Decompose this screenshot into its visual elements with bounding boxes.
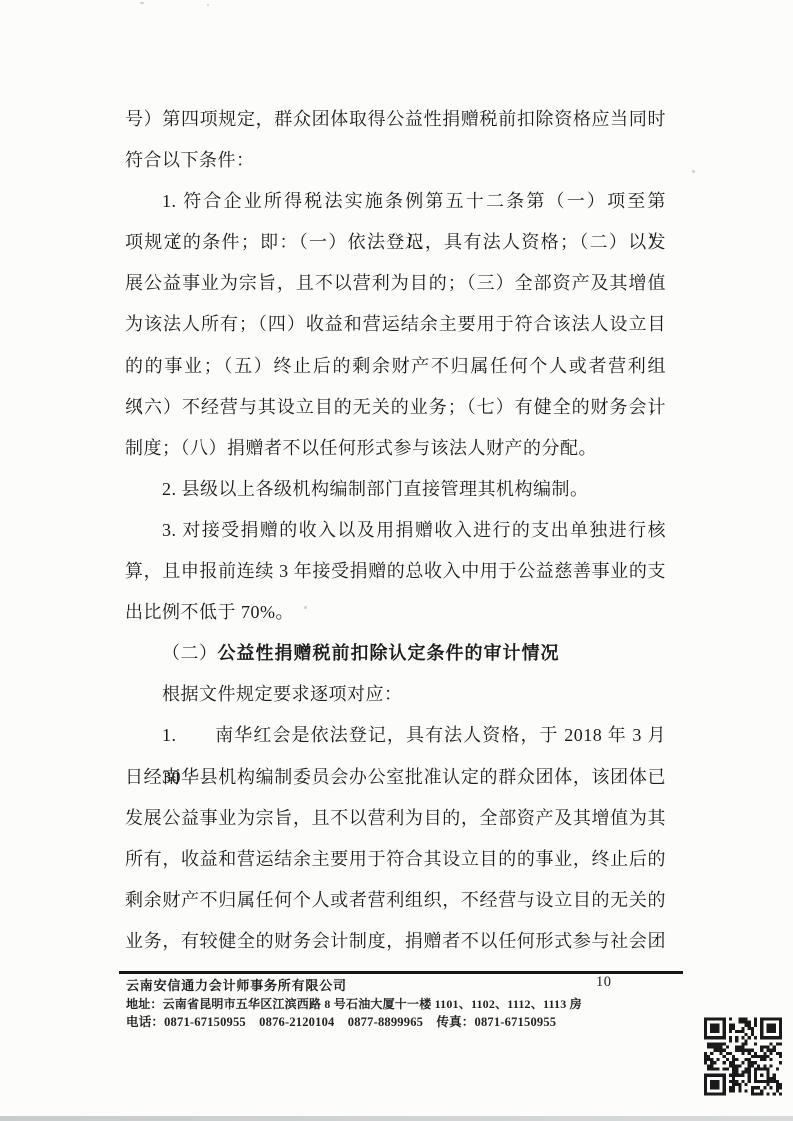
qr-code	[704, 1017, 782, 1096]
document-line: 3. 对接受捐赠的收入以及用捐赠收入进行的支出单独进行核	[125, 510, 666, 551]
document-line: 根据文件规定要求逐项对应：	[125, 674, 666, 715]
page-number: 10	[596, 974, 612, 991]
footer-phone: 电话：0871-67150955 0876-2120104 0877-88999…	[126, 1012, 556, 1030]
document-line: 号）第四项规定，群众团体取得公益性捐赠税前扣除资格应当同时	[125, 99, 666, 140]
section-heading: （二）公益性捐赠税前扣除认定条件的审计情况	[125, 633, 666, 674]
heading-numeral: （二）	[162, 643, 218, 663]
scan-speck	[140, 2, 144, 4]
footer-address: 地址：云南省昆明市五华区江滨西路 8 号石油大厦十一楼 1101、1102、11…	[126, 995, 582, 1012]
document-line: （六）不经营与其设立目的无关的业务；（七）有健全的财务会计	[125, 387, 666, 428]
document-line: 1. 南华红会是依法登记，具有法人资格，于 2018 年 3 月 30	[125, 715, 666, 756]
document-page: 号）第四项规定，群众团体取得公益性捐赠税前扣除资格应当同时符合以下条件：1. 符…	[0, 0, 793, 1121]
document-line: 所有，收益和营运结余主要用于符合其设立目的的事业，终止后的	[125, 839, 666, 880]
scan-speck	[692, 170, 695, 173]
document-line: 业务，有较健全的财务会计制度，捐赠者不以任何形式参与社会团	[125, 921, 666, 962]
document-line: 项规定的条件；即：（一）依法登记，具有法人资格；（二）以发	[125, 222, 666, 263]
document-line: 制度；（八）捐赠者不以任何形式参与该法人财产的分配。	[125, 428, 666, 469]
document-line: 符合以下条件：	[125, 140, 666, 181]
document-line: 发展公益事业为宗旨，且不以营利为目的，全部资产及其增值为其	[125, 798, 666, 839]
footer-company-name: 云南安信通力会计师事务所有限公司	[126, 975, 347, 994]
document-line: 展公益事业为宗旨，且不以营利为目的；（三）全部资产及其增值	[125, 263, 666, 304]
scan-speck	[304, 606, 307, 609]
document-line: 2. 县级以上各级机构编制部门直接管理其机构编制。	[125, 469, 666, 510]
document-line: 的的事业；（五）终止后的剩余财产不归属任何个人或者营利组织；	[125, 346, 666, 387]
document-line: 出比例不低于 70%。	[125, 592, 666, 633]
scan-bottom-edge	[0, 1116, 793, 1121]
document-line: 日经南华县机构编制委员会办公室批准认定的群众团体，该团体已	[125, 757, 666, 798]
document-line: 算，且申报前连续 3 年接受捐赠的总收入中用于公益慈善事业的支	[125, 551, 666, 592]
document-line: 剩余财产不归属任何个人或者营利组织，不经营与设立目的无关的	[125, 880, 666, 921]
document-line: 为该法人所有；（四）收益和营运结余主要用于符合该法人设立目	[125, 304, 666, 345]
scan-speck	[207, 4, 209, 6]
heading-text: 公益性捐赠税前扣除认定条件的审计情况	[218, 643, 560, 663]
document-body: 号）第四项规定，群众团体取得公益性捐赠税前扣除资格应当同时符合以下条件：1. 符…	[125, 99, 666, 962]
document-line: 1. 符合企业所得税法实施条例第五十二条第（一）项至第（八）	[125, 181, 666, 222]
